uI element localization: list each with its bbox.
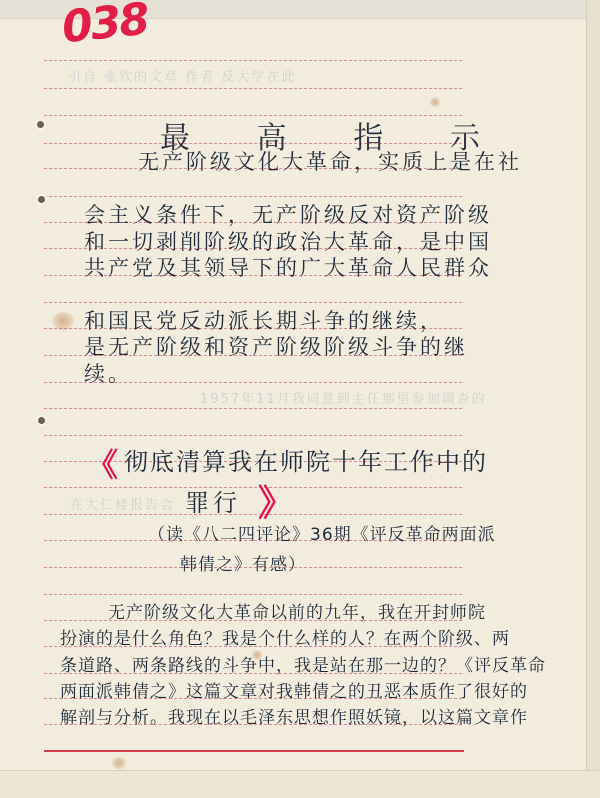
paper-stain [430, 97, 440, 107]
open-title-quote-mark: 《 [86, 440, 118, 486]
ruled-line [44, 60, 462, 61]
subtitle-line: （读《八二四评论》36期《评反革命两面派 [148, 520, 496, 545]
page-number-stamp: 038 [60, 0, 151, 53]
quotation-line: 共产党及其领导下的广大革命人民群众 [84, 252, 492, 282]
show-through-text: 引自 张钦的文章 作者 反大学在此 [68, 66, 296, 85]
paper-right-edge [586, 0, 600, 798]
punch-hole [38, 196, 45, 203]
ruled-line [44, 196, 462, 197]
quotation-line: 会主义条件下，无产阶级反对资产阶级 [84, 199, 492, 229]
subtitle-line: 韩倩之》有感） [180, 550, 306, 575]
body-line: 两面派韩倩之》这篇文章对我韩倩之的丑恶本质作了很好的 [60, 677, 528, 702]
show-through-text: 在大仁楼报告会 [70, 494, 175, 513]
document-page: 038 引自 张钦的文章 作者 反大学在此 1957年11月我同意到主任那里参加… [0, 0, 600, 798]
ruled-line [44, 408, 462, 409]
paper-bottom-edge [0, 770, 600, 798]
ruled-line-bottom [44, 750, 464, 752]
ruled-line [44, 88, 462, 89]
punch-hole [37, 121, 44, 128]
show-through-text: 1957年11月我同意到主任那里参加调查的 [200, 388, 487, 407]
ruled-line [44, 487, 462, 488]
punch-hole [38, 417, 45, 424]
close-title-quote-mark: 》 [258, 475, 294, 526]
body-line: 条道路、两条路线的斗争中，我是站在那一边的？《评反革命 [60, 651, 546, 676]
ruled-line [44, 594, 462, 595]
body-line: 解剖与分析。我现在以毛泽东思想作照妖镜，以这篇文章作 [60, 703, 528, 728]
article-title-line2: 罪行 [185, 483, 241, 518]
ruled-line [44, 302, 462, 303]
paper-stain [112, 757, 126, 769]
ruled-line [44, 514, 462, 515]
quotation-line: 续。 [84, 358, 132, 388]
article-title-line1: 彻底清算我在师院十年工作中的 [124, 442, 488, 477]
quotation-line: 无产阶级文化大革命，实质上是在社 [138, 146, 522, 176]
body-line: 扮演的是什么角色？我是个什么样的人？在两个阶级、两 [60, 624, 510, 649]
ruled-line [44, 435, 462, 436]
quotation-line: 是无产阶级和资产阶级阶级斗争的继 [84, 331, 468, 361]
body-line: 无产阶级文化大革命以前的九年，我在开封师院 [108, 598, 486, 623]
paper-stain [52, 312, 74, 330]
